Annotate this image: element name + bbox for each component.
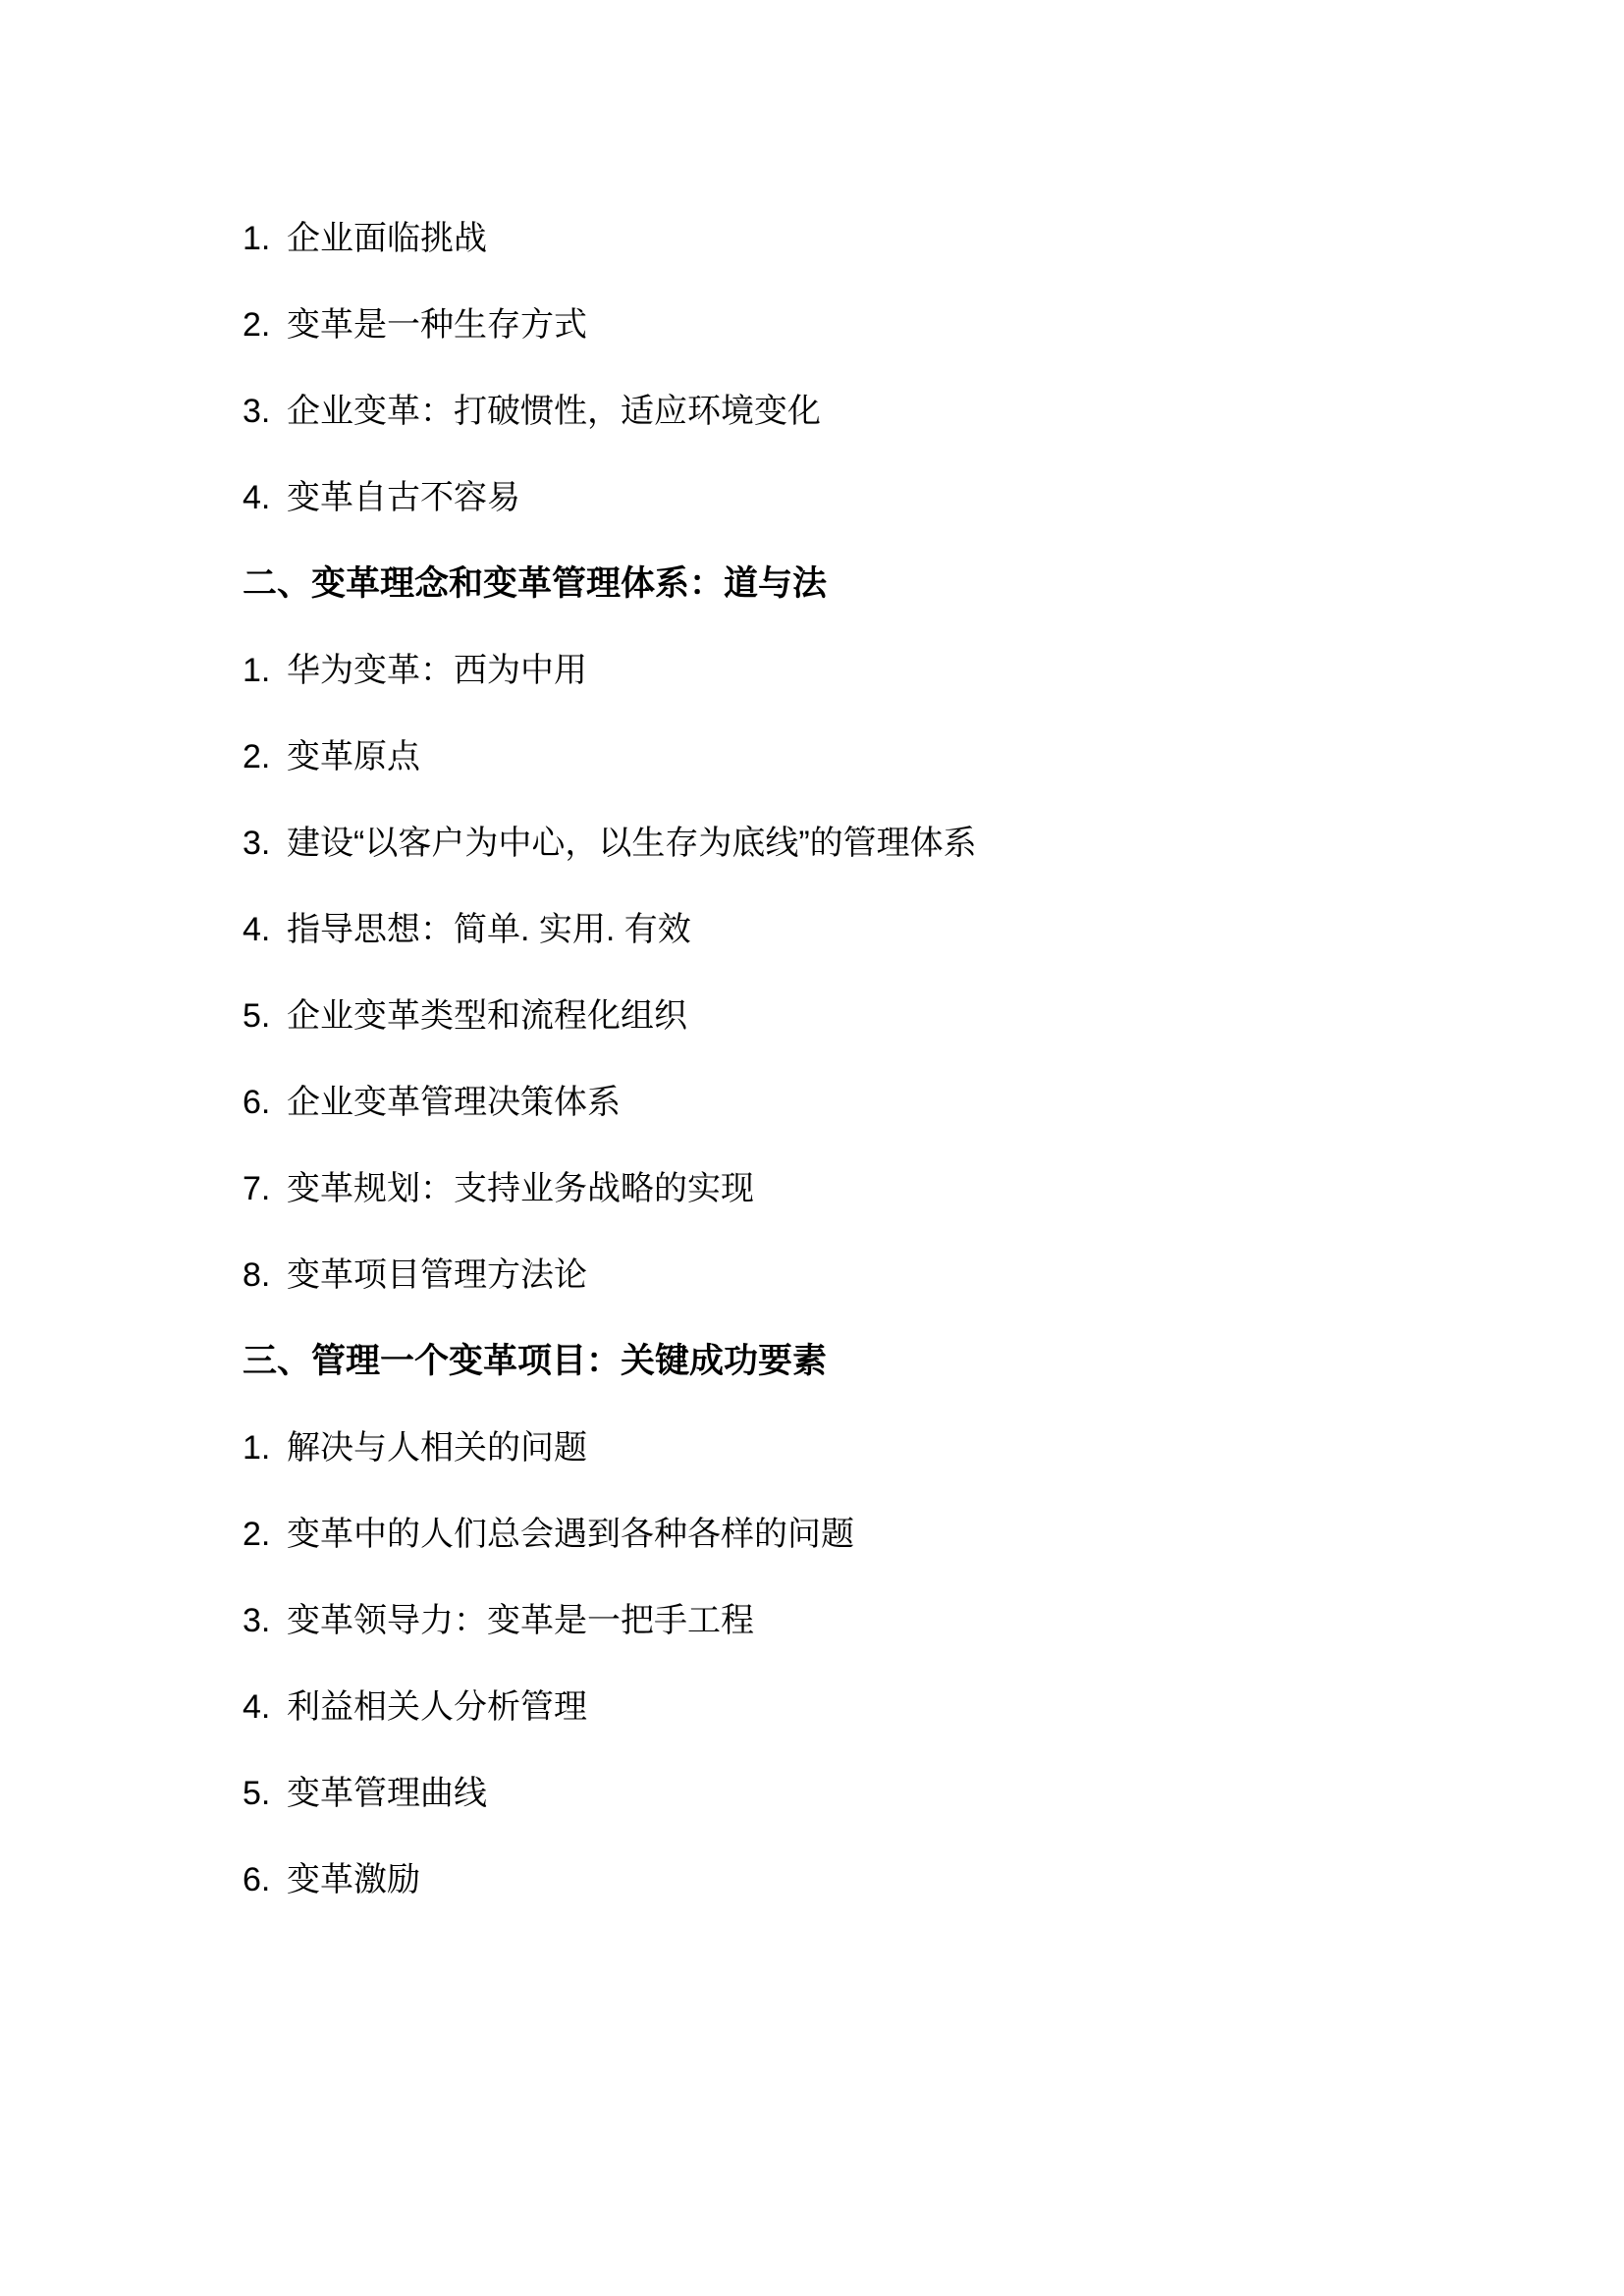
list-item-text: 企业变革管理决策体系: [287, 1084, 621, 1121]
list-item-text: 变革中的人们总会遇到各种各样的问题: [287, 1516, 854, 1553]
list-item: 2.变革中的人们总会遇到各种各样的问题: [243, 1491, 1506, 1577]
list-item-text: 变革是一种生存方式: [287, 306, 587, 344]
list-item-text: 指导思想：简单. 实用. 有效: [287, 911, 691, 948]
list-item-number: 3.: [243, 368, 287, 454]
list-item-text: 变革领导力：变革是一把手工程: [287, 1602, 754, 1639]
section-heading-text: 二、变革理念和变革管理体系：道与法: [243, 564, 827, 603]
list-item-number: 2.: [243, 714, 287, 800]
list-item-text: 利益相关人分析管理: [287, 1688, 587, 1726]
list-item-text: 建设“以客户为中心，以生存为底线”的管理体系: [287, 825, 977, 862]
list-item: 6.企业变革管理决策体系: [243, 1059, 1506, 1146]
list-item: 4.变革自古不容易: [243, 454, 1506, 541]
list-item-number: 6.: [243, 1059, 287, 1146]
document-content: 1.企业面临挑战 2.变革是一种生存方式 3.企业变革：打破惯性，适应环境变化 …: [243, 195, 1506, 1923]
list-item: 6.变革激励: [243, 1837, 1506, 1923]
list-item-text: 企业变革：打破惯性，适应环境变化: [287, 393, 821, 430]
list-item-number: 6.: [243, 1837, 287, 1923]
list-item-number: 5.: [243, 1750, 287, 1837]
list-item-number: 1.: [243, 1405, 287, 1491]
list-item-text: 变革项目管理方法论: [287, 1256, 587, 1294]
list-item: 1.企业面临挑战: [243, 195, 1506, 282]
list-item: 2.变革原点: [243, 714, 1506, 800]
list-item: 5.企业变革类型和流程化组织: [243, 973, 1506, 1059]
list-item-text: 变革激励: [287, 1861, 420, 1898]
list-item-text: 企业面临挑战: [287, 220, 487, 257]
list-item-number: 7.: [243, 1146, 287, 1232]
list-item: 1.华为变革：西为中用: [243, 627, 1506, 714]
list-item-text: 变革自古不容易: [287, 479, 520, 516]
list-item-number: 4.: [243, 886, 287, 973]
list-item-text: 变革管理曲线: [287, 1775, 487, 1812]
list-item: 3.企业变革：打破惯性，适应环境变化: [243, 368, 1506, 454]
list-item-number: 2.: [243, 1491, 287, 1577]
section-heading: 三、管理一个变革项目：关键成功要素: [243, 1318, 1506, 1405]
list-item-text: 企业变革类型和流程化组织: [287, 997, 687, 1035]
list-item-number: 1.: [243, 195, 287, 282]
list-item-number: 4.: [243, 1664, 287, 1750]
list-item-text: 解决与人相关的问题: [287, 1429, 587, 1467]
list-item-number: 8.: [243, 1232, 287, 1318]
list-item: 8.变革项目管理方法论: [243, 1232, 1506, 1318]
list-item: 2.变革是一种生存方式: [243, 282, 1506, 368]
list-item: 4.利益相关人分析管理: [243, 1664, 1506, 1750]
list-item-text: 变革原点: [287, 738, 420, 775]
list-item-number: 2.: [243, 282, 287, 368]
section-heading: 二、变革理念和变革管理体系：道与法: [243, 541, 1506, 627]
list-item: 7.变革规划：支持业务战略的实现: [243, 1146, 1506, 1232]
list-item: 3.变革领导力：变革是一把手工程: [243, 1577, 1506, 1664]
list-item: 5.变革管理曲线: [243, 1750, 1506, 1837]
list-item-number: 3.: [243, 1577, 287, 1664]
list-item-number: 3.: [243, 800, 287, 886]
list-item: 3.建设“以客户为中心，以生存为底线”的管理体系: [243, 800, 1506, 886]
list-item: 4.指导思想：简单. 实用. 有效: [243, 886, 1506, 973]
section-heading-text: 三、管理一个变革项目：关键成功要素: [243, 1342, 827, 1380]
list-item: 1.解决与人相关的问题: [243, 1405, 1506, 1491]
list-item-number: 5.: [243, 973, 287, 1059]
list-item-number: 4.: [243, 454, 287, 541]
list-item-text: 变革规划：支持业务战略的实现: [287, 1170, 754, 1207]
list-item-number: 1.: [243, 627, 287, 714]
document-page: 1.企业面临挑战 2.变革是一种生存方式 3.企业变革：打破惯性，适应环境变化 …: [0, 0, 1624, 2296]
list-item-text: 华为变革：西为中用: [287, 652, 587, 689]
